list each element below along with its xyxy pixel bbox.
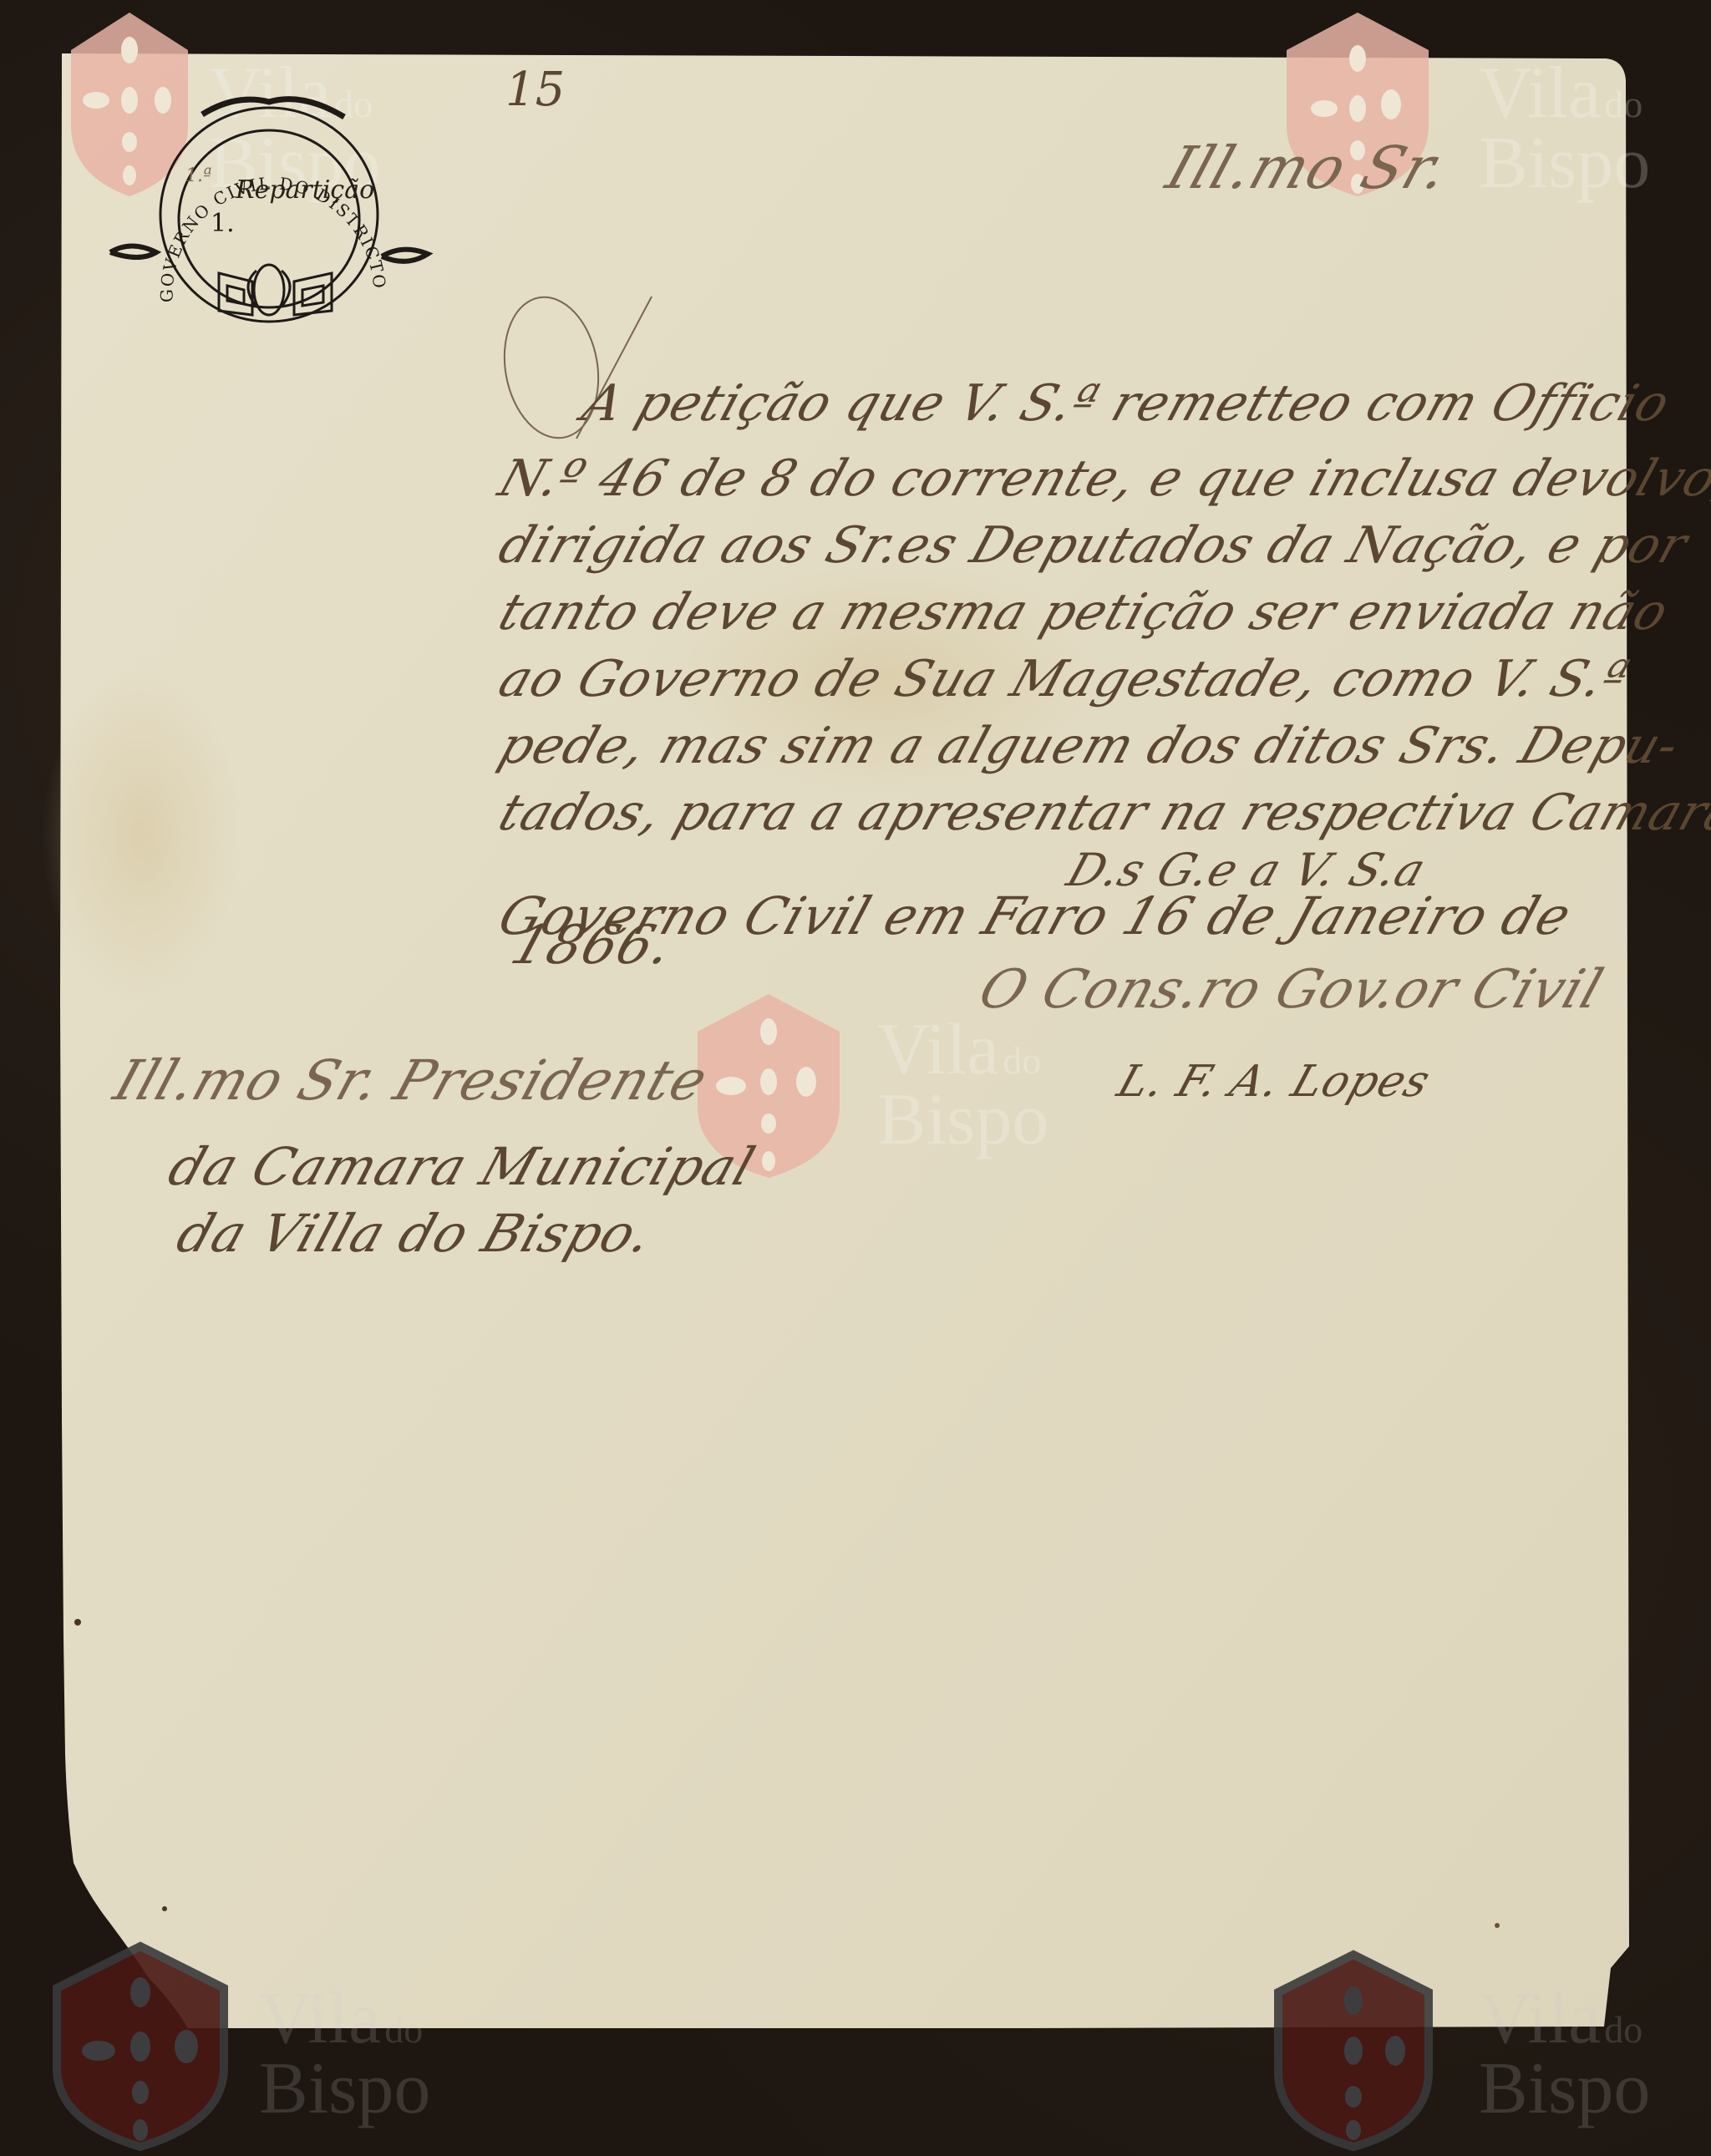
watermark-text: Vila doBispo <box>1479 1984 1650 2123</box>
body-line-6: pede, mas sim a alguem dos ditos Srs. De… <box>492 717 1687 775</box>
body-line-2: N.º 46 de 8 do corrente, e que inclusa d… <box>492 449 1711 508</box>
addressee-line-1: Ill.mo Sr. Presidente <box>106 1048 715 1113</box>
body-line-1: A petição que V. S.ª remetteo com Offici… <box>576 374 1678 433</box>
watermark-text: Vila doBispo <box>1479 58 1650 198</box>
stamp-label: Repartição <box>235 175 374 205</box>
government-stamp: GOVERNO CIVIL DO DISTRICTO DE FARO Repar… <box>94 77 444 353</box>
signature: L. F. A. Lopes <box>1111 1057 1436 1107</box>
body-line-7: tados, para a apresentar na respectiva C… <box>492 784 1711 842</box>
body-line-3: dirigida aos Sr.es Deputados da Nação, e… <box>492 516 1695 575</box>
signature-title: O Cons.ro Gov.or Civil <box>972 959 1611 1021</box>
watermark-text: Vila doBispo <box>877 1015 1048 1154</box>
body-line-5: ao Governo de Sua Magestade, como V. S.ª <box>492 650 1637 708</box>
addressee-line-2: da Camara Municipal <box>161 1136 763 1197</box>
addressee-line-3: da Villa do Bispo. <box>170 1203 661 1264</box>
svg-text:1.ª: 1.ª <box>185 165 211 186</box>
folio-number: 15 <box>505 63 565 117</box>
watermark-shield-icon <box>1270 1942 1437 2151</box>
watermark-text: Vila doBispo <box>259 1984 430 2123</box>
salutation-top: Ill.mo Sr. <box>1159 134 1458 202</box>
watermark-shield-icon <box>48 1934 232 2151</box>
svg-text:1.: 1. <box>211 209 235 238</box>
body-line-4: tanto deve a mesma petição ser enviada n… <box>492 583 1676 642</box>
date-year: 1866. <box>504 915 681 977</box>
